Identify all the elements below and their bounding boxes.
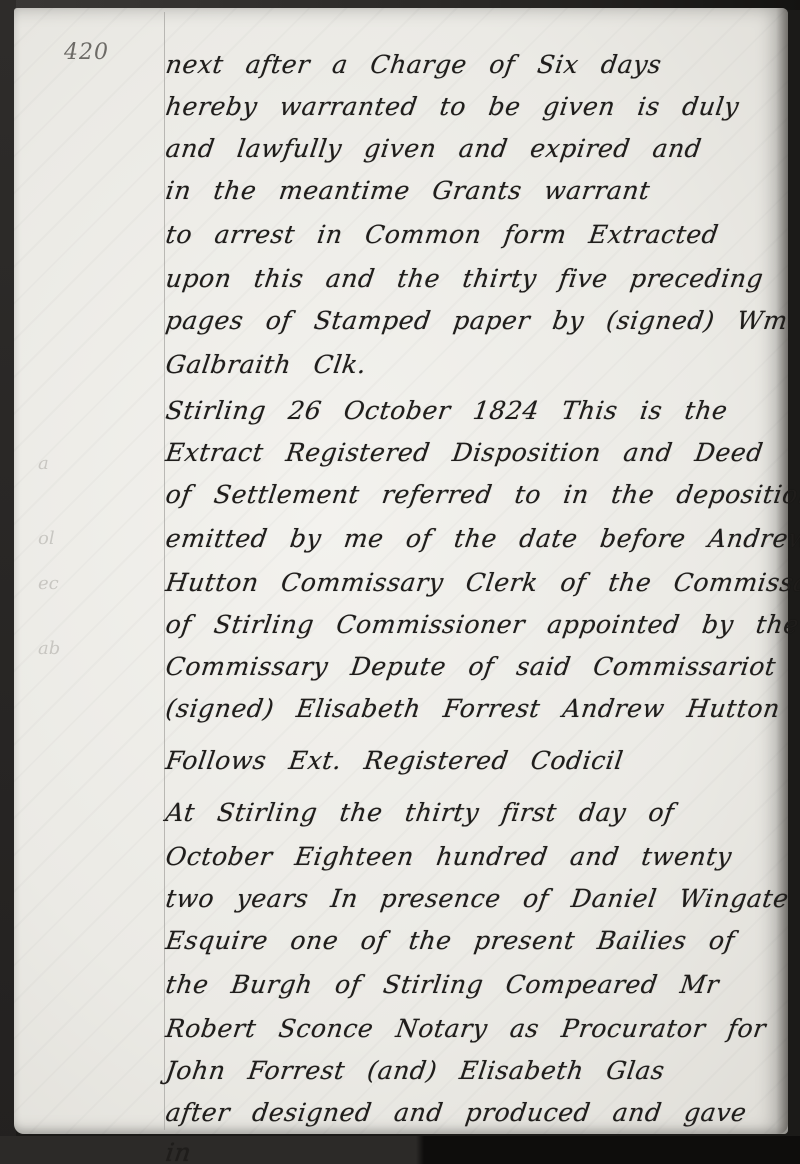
text-line: two years In presence of Daniel Wingate: [164, 884, 791, 913]
section-heading: Follows Ext. Registered Codicil: [164, 746, 625, 775]
text-line: next after a Charge of Six days: [164, 50, 664, 79]
bleed-through-text: a: [38, 453, 49, 474]
manuscript-page: 420 a ol ec ab next after a Charge of Si…: [14, 8, 788, 1134]
text-line: emitted by me of the date before Andrew: [164, 524, 800, 553]
text-line: At Stirling the thirty first day of: [164, 798, 676, 827]
scan-frame-bottom: [0, 1136, 800, 1164]
text-line: the Burgh of Stirling Compeared Mr: [164, 970, 721, 999]
text-line: in the meantime Grants warrant: [164, 176, 652, 205]
text-line: of Stirling Commissioner appointed by th…: [164, 610, 800, 639]
text-line: to arrest in Common form Extracted: [164, 220, 721, 249]
text-line: hereby warranted to be given is duly: [164, 92, 741, 121]
text-line: October Eighteen hundred and twenty: [164, 842, 734, 871]
bleed-through-text: ec: [38, 573, 59, 594]
text-line: in: [164, 1138, 193, 1164]
text-line: Extract Registered Disposition and Deed: [164, 438, 765, 467]
text-line: upon this and the thirty five preceding: [164, 264, 765, 293]
text-line: (signed) Elisabeth Forrest Andrew Hutton: [164, 694, 782, 723]
text-line: after designed and produced and gave: [164, 1098, 749, 1127]
text-line: and lawfully given and expired and: [164, 134, 704, 163]
text-line: Hutton Commissary Clerk of the Commissar…: [164, 568, 800, 597]
margin-rule: [164, 12, 165, 1130]
text-line: Galbraith Clk.: [164, 350, 369, 379]
text-line: Stirling 26 October 1824 This is the: [164, 396, 730, 425]
bleed-through-text: ol: [38, 528, 55, 549]
text-line: pages of Stamped paper by (signed) Wm: [164, 306, 790, 335]
text-line: John Forrest (and) Elisabeth Glas: [164, 1056, 667, 1085]
text-line: Robert Sconce Notary as Procurator for: [164, 1014, 768, 1043]
folio-number: 420: [64, 40, 109, 65]
text-line: Esquire one of the present Bailies of: [164, 926, 737, 955]
text-line: of Settlement referred to in the deposit…: [164, 480, 800, 509]
bleed-through-text: ab: [38, 638, 60, 659]
text-line: Commissary Depute of said Commissariot: [164, 652, 778, 681]
